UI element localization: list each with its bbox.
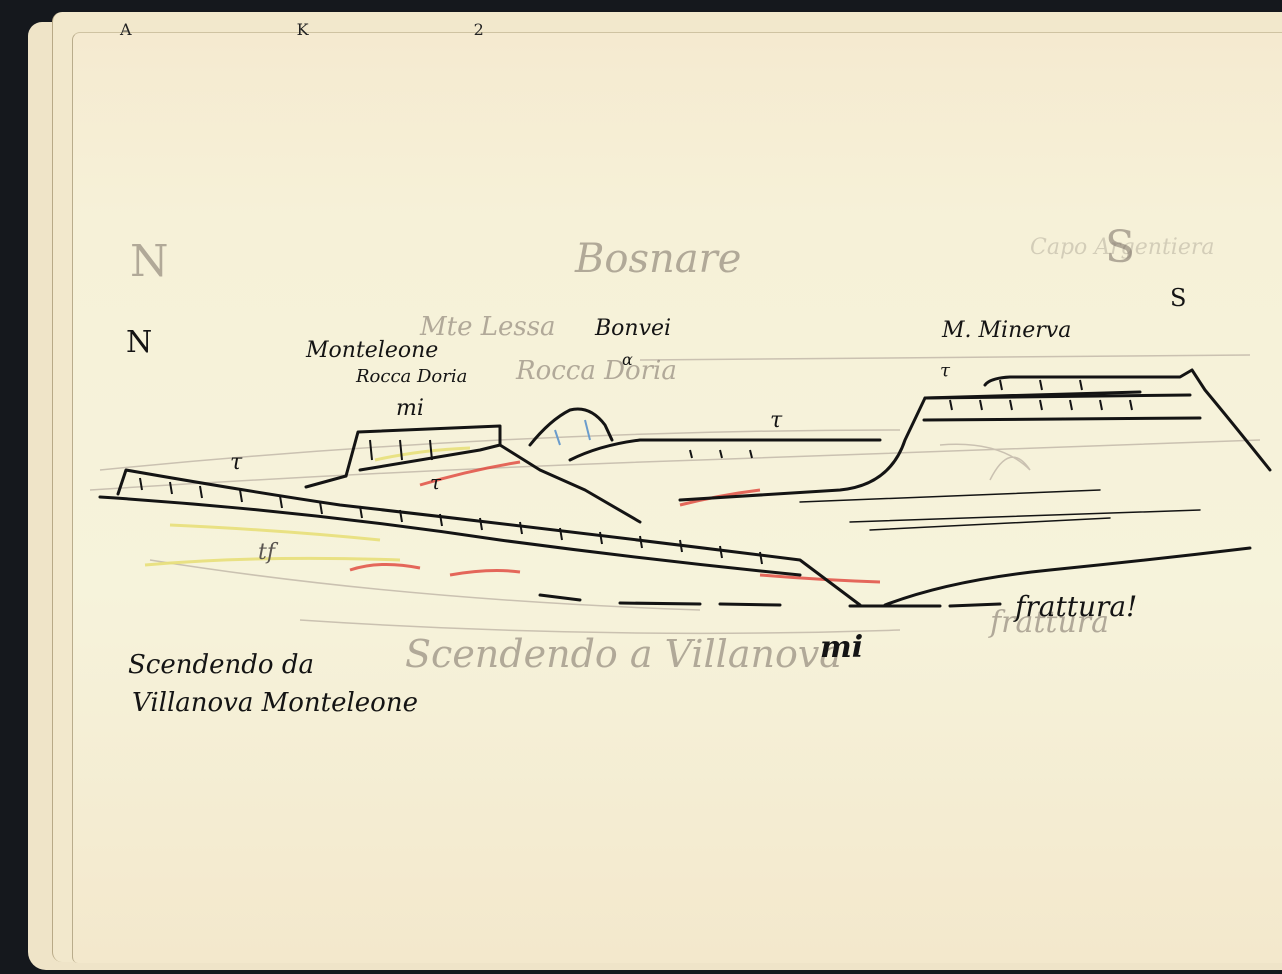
label-tau-center: τ: [770, 408, 782, 433]
label-bonvei-mark: α: [622, 350, 633, 369]
caption-line-1: Scendendo da: [128, 650, 314, 680]
label-bonvei: Bonvei: [595, 316, 671, 341]
ghost-label-villanova: Scendendo a Villanova: [405, 632, 842, 676]
yellow-crayon-strokes: [145, 448, 470, 565]
strata-ticks: [140, 380, 1132, 564]
label-m-minerva: M. Minerva: [942, 318, 1071, 343]
north-pencil-label: N: [130, 236, 169, 287]
label-rocca-doria: Rocca Doria: [356, 366, 467, 387]
ghost-label-rocca-doria: Rocca Doria: [516, 356, 677, 386]
title-pencil-label: Bosnare: [575, 236, 741, 282]
label-tf: tf: [258, 540, 275, 565]
landscape-sketch: [0, 0, 1282, 974]
label-tau-left: τ: [230, 450, 242, 475]
label-mi-top: mi: [396, 396, 424, 421]
ink-landscape: [100, 370, 1270, 606]
south-pencil-label: S: [1105, 222, 1135, 273]
ghost-label-mte-lessa: Mte Lessa: [420, 312, 556, 342]
label-tau-right: τ: [940, 360, 950, 381]
label-tau-mid: τ: [430, 470, 441, 494]
label-frattura: frattura!: [1015, 590, 1137, 623]
north-label: N: [126, 325, 152, 360]
south-label: S: [1170, 284, 1186, 312]
caption-line-2: Villanova Monteleone: [132, 688, 418, 718]
blue-crayon-strokes: [555, 420, 590, 445]
label-mi-bottom: mi: [820, 630, 863, 665]
label-monteleone: Monteleone: [306, 338, 438, 363]
